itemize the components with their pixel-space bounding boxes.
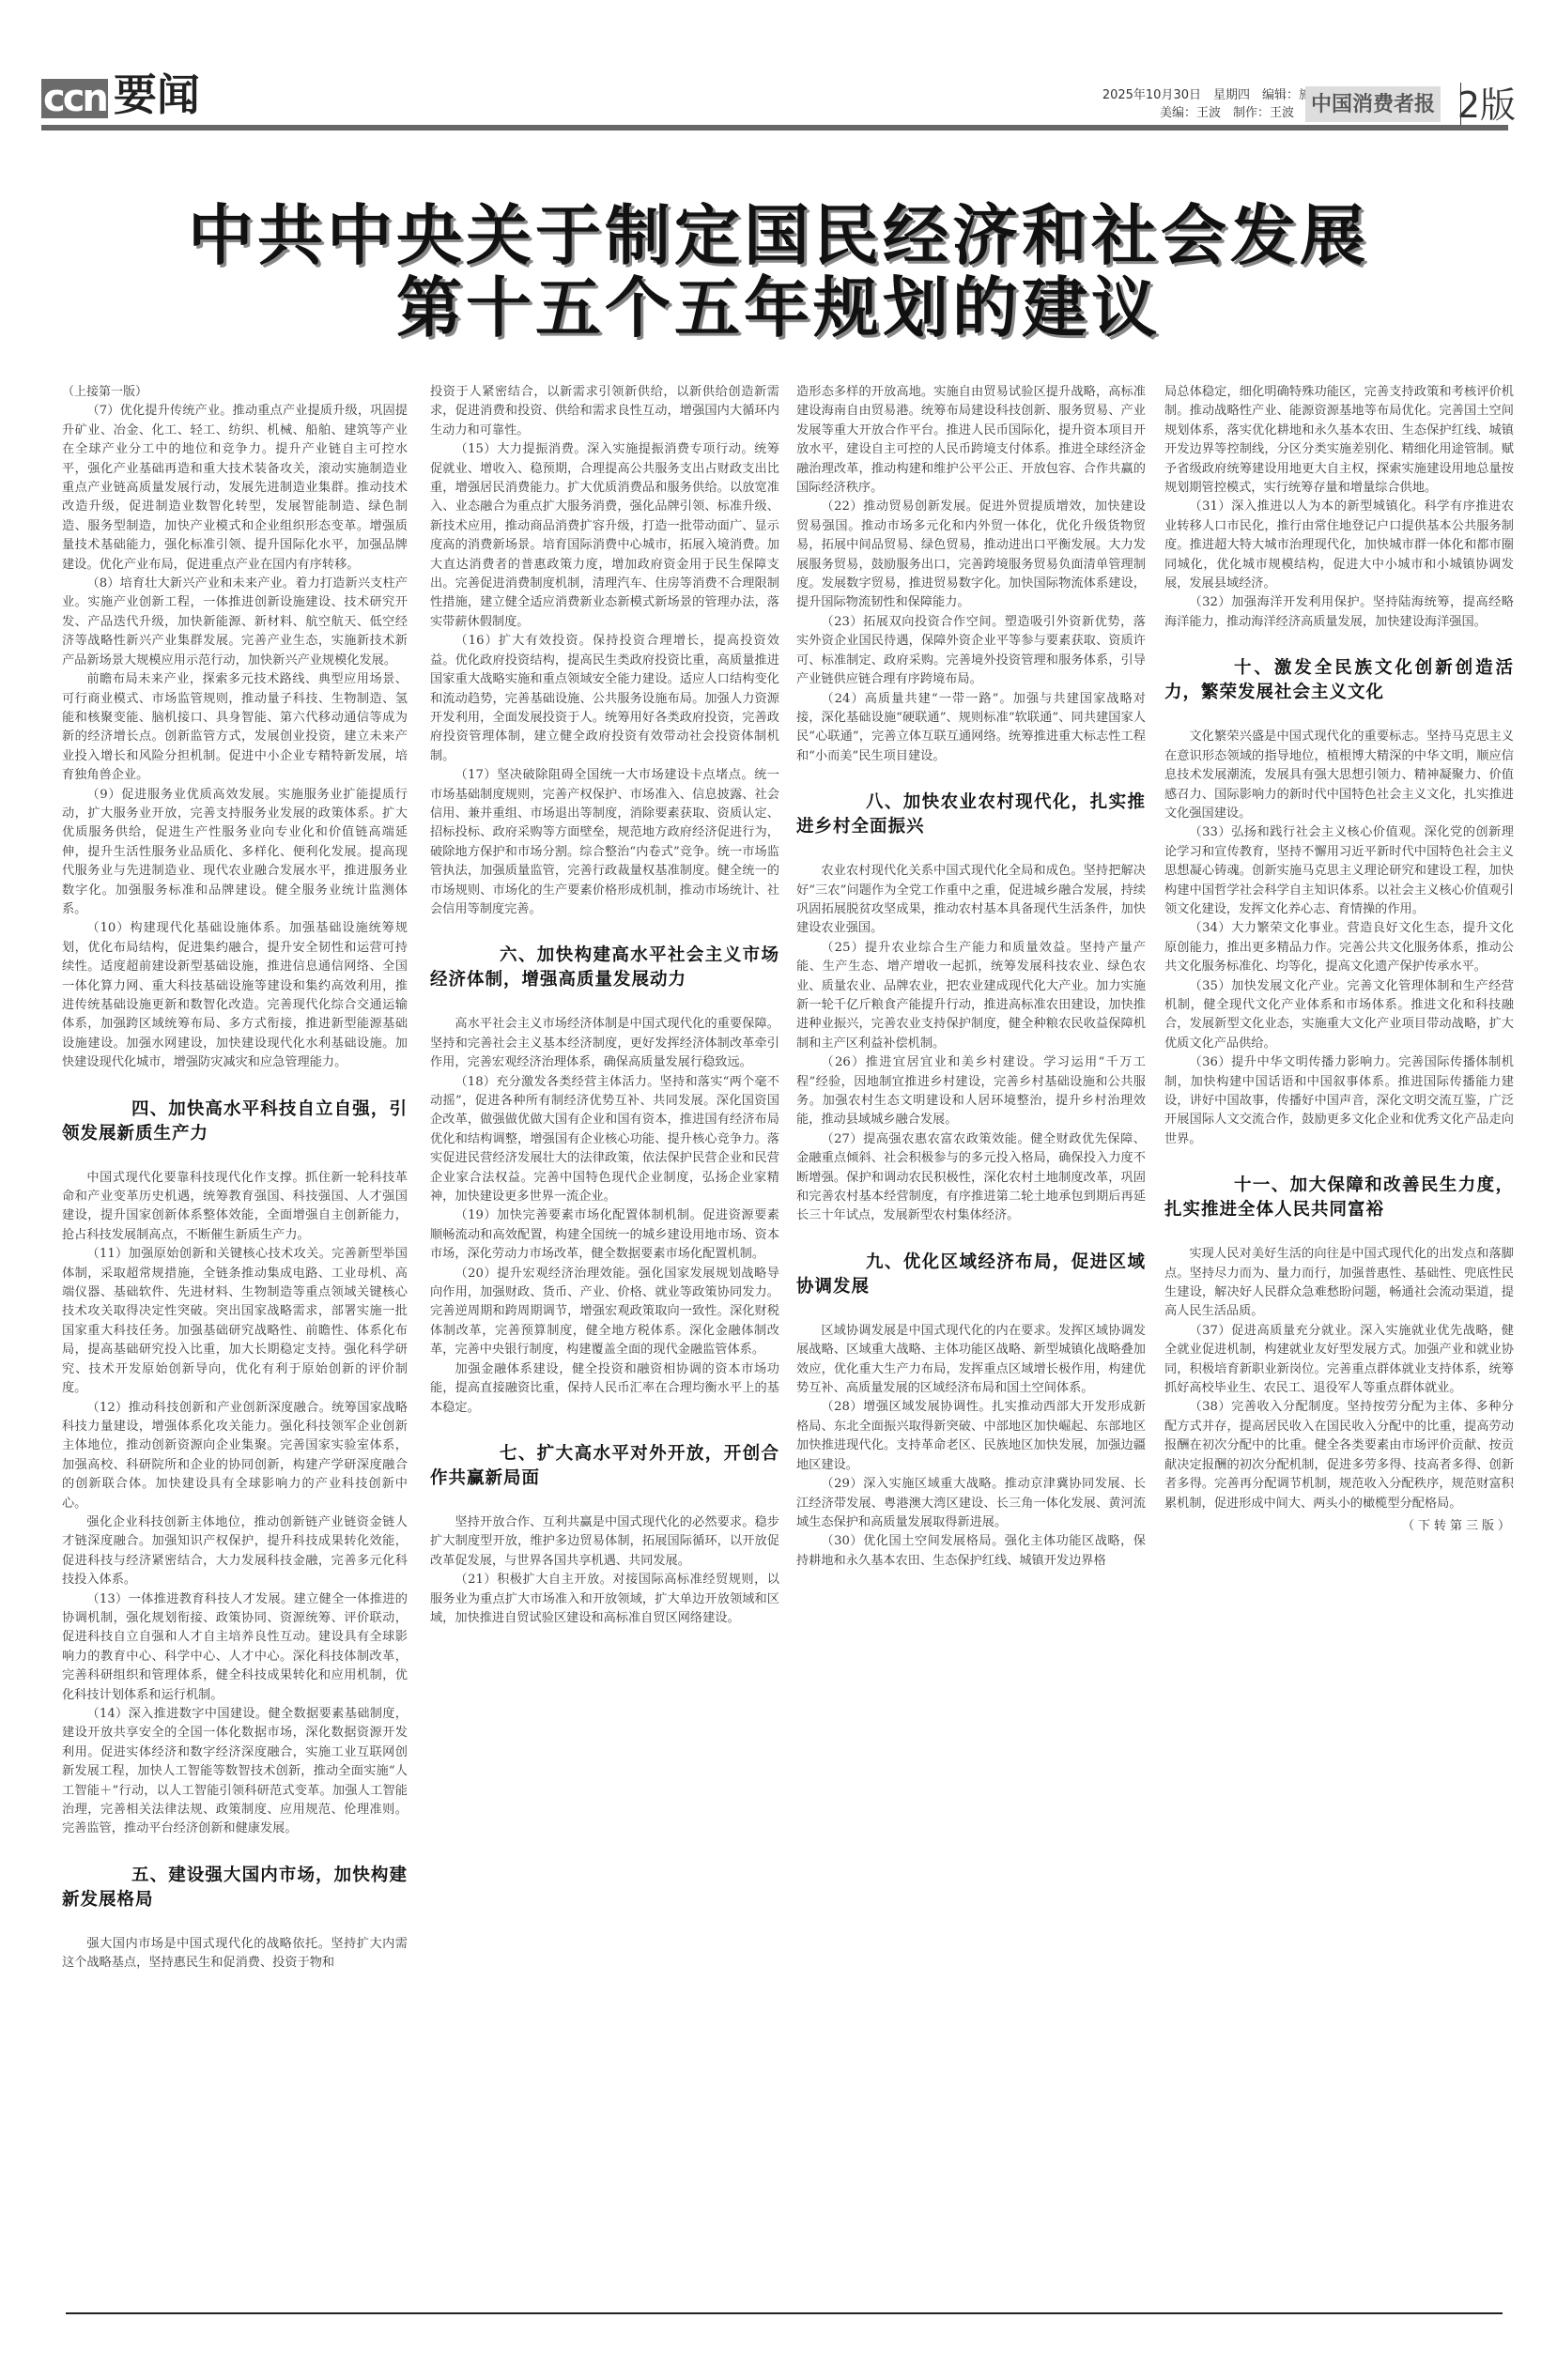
article-paragraph: （10）构建现代化基础设施体系。加强基础设施统筹规划，优化布局结构，促进集约融合… bbox=[62, 919, 408, 1072]
article-paragraph: （28）增强区域发展协调性。扎实推动西部大开发形成新格局、东北全面振兴取得新突破… bbox=[796, 1398, 1146, 1475]
continued-paragraph: 造形态多样的开放高地。实施自由贸易试验区提升战略，高标准建设海南自由贸易港。统筹… bbox=[796, 383, 1146, 498]
article-paragraph: （13）一体推进教育科技人才发展。建立健全一体推进的协调机制，强化规划衔接、政策… bbox=[62, 1590, 408, 1705]
newspaper-name: 中国消费者报 bbox=[1305, 86, 1441, 122]
article-paragraph: （11）加强原始创新和关键核心技术攻关。完善新型举国体制，采取超常规措施，全链条… bbox=[62, 1245, 408, 1398]
article-paragraph: （36）提升中华文明传播力影响力。完善国际传播体制机制，加快构建中国话语和中国叙… bbox=[1164, 1053, 1514, 1149]
article-paragraph: （18）充分激发各类经营主体活力。坚持和落实“两个毫不动摇”，促进各种所有制经济… bbox=[430, 1073, 779, 1207]
article-paragraph: 坚持开放合作、互利共赢是中国式现代化的必然要求。稳步扩大制度型开放，维护多边贸易… bbox=[430, 1513, 779, 1571]
continued-paragraph: 局总体稳定，细化明确特殊功能区，完善支持政策和考核评价机制。推动战略性产业、能源… bbox=[1164, 383, 1514, 498]
article-column-3: 造形态多样的开放高地。实施自由贸易试验区提升战略，高标准建设海南自由贸易港。统筹… bbox=[796, 383, 1146, 1571]
ccn-logo: ccn bbox=[41, 79, 108, 118]
bottom-rule-left bbox=[66, 2312, 1155, 2314]
headline-line-2: 第十五个五年规划的建议 bbox=[0, 255, 1557, 350]
article-paragraph: （8）培育壮大新兴产业和未来产业。着力打造新兴支柱产业。实施产业创新工程，一体推… bbox=[62, 575, 408, 670]
article-paragraph: （38）完善收入分配制度。坚持按劳分配为主体、多种分配方式并存，提高居民收入在国… bbox=[1164, 1398, 1514, 1512]
section-heading: 六、加快构建高水平社会主义市场经济体制，增强高质量发展动力 bbox=[430, 944, 779, 992]
section-heading: 八、加快农业农村现代化，扎实推进乡村全面振兴 bbox=[796, 791, 1146, 839]
article-paragraph: 强化企业科技创新主体地位，推动创新链产业链资金链人才链深度融合。加强知识产权保护… bbox=[62, 1513, 408, 1590]
article-paragraph: 中国式现代化要靠科技现代化作支撑。抓住新一轮科技革命和产业变革历史机遇，统筹教育… bbox=[62, 1169, 408, 1246]
section-heading: 十一、加大保障和改善民生力度，扎实推进全体人民共同富裕 bbox=[1164, 1174, 1514, 1222]
article-paragraph: （29）深入实施区域重大战略。推动京津冀协同发展、长江经济带发展、粤港澳大湾区建… bbox=[796, 1475, 1146, 1532]
continued-to-note: （下转第三版） bbox=[1164, 1517, 1514, 1536]
article-paragraph: （34）大力繁荣文化事业。营造良好文化生态，提升文化原创能力，推出更多精品力作。… bbox=[1164, 919, 1514, 976]
article-paragraph: （19）加快完善要素市场化配置体制机制。促进资源要素顺畅流动和高效配置，构建全国… bbox=[430, 1206, 779, 1264]
article-paragraph: 前瞻布局未来产业，探索多元技术路线、典型应用场景、可行商业模式、市场监管规则，推… bbox=[62, 670, 408, 785]
continued-from-note: （上接第一版） bbox=[62, 383, 408, 402]
masthead: ccn 要闻 2025年10月30日 星期四 编辑：施乾元 赵英男 美编：王波 … bbox=[41, 71, 1516, 131]
section-heading: 五、建设强大国内市场，加快构建新发展格局 bbox=[62, 1864, 408, 1912]
article-paragraph: （14）深入推进数字中国建设。健全数据要素基础制度，建设开放共享安全的全国一体化… bbox=[62, 1705, 408, 1839]
section-heading: 九、优化区域经济布局，促进区域协调发展 bbox=[796, 1251, 1146, 1299]
article-paragraph: （9）促进服务业优质高效发展。实施服务业扩能提质行动，扩大服务业开放，完善支持服… bbox=[62, 786, 408, 920]
bottom-rule-right bbox=[1155, 2312, 1503, 2314]
article-column-2: 投资于人紧密结合，以新需求引领新供给，以新供给创造新需求，促进消费和投资、供给和… bbox=[430, 383, 779, 1628]
article-paragraph: （20）提升宏观经济治理效能。强化国家发展规划战略导向作用，加强财政、货币、产业… bbox=[430, 1265, 779, 1360]
article-paragraph: （7）优化提升传统产业。推动重点产业提质升级，巩固提升矿业、冶金、化工、轻工、纺… bbox=[62, 402, 408, 575]
masthead-rule bbox=[41, 125, 1508, 131]
article-paragraph: 高水平社会主义市场经济体制是中国式现代化的重要保障。坚持和完善社会主义基本经济制… bbox=[430, 1015, 779, 1072]
article-paragraph: 实现人民对美好生活的向往是中国式现代化的出发点和落脚点。坚持尽力而为、量力而行，… bbox=[1164, 1245, 1514, 1322]
article-paragraph: 文化繁荣兴盛是中国式现代化的重要标志。坚持马克思主义在意识形态领域的指导地位，植… bbox=[1164, 728, 1514, 823]
article-paragraph: （37）促进高质量充分就业。深入实施就业优先战略，健全就业促进机制，构建就业友好… bbox=[1164, 1322, 1514, 1399]
article-column-1: （上接第一版） （7）优化提升传统产业。推动重点产业提质升级，巩固提升矿业、冶金… bbox=[62, 383, 408, 1973]
article-paragraph: （27）提高强农惠农富农政策效能。健全财政优先保障、金融重点倾斜、社会积极参与的… bbox=[796, 1130, 1146, 1226]
article-paragraph: （26）推进宜居宜业和美乡村建设。学习运用“千万工程”经验，因地制宜推进乡村建设… bbox=[796, 1053, 1146, 1130]
section-heading: 四、加快高水平科技自立自强，引领发展新质生产力 bbox=[62, 1098, 408, 1146]
article-paragraph: （15）大力提振消费。深入实施提振消费专项行动。统筹促就业、增收入、稳预期，合理… bbox=[430, 440, 779, 632]
article-paragraph: （12）推动科技创新和产业创新深度融合。统筹国家战略科技力量建设，增强体系化攻关… bbox=[62, 1399, 408, 1513]
section-heading: 七、扩大高水平对外开放，开创合作共赢新局面 bbox=[430, 1442, 779, 1491]
article-paragraph: 区域协调发展是中国式现代化的内在要求。发挥区域协调发展战略、区域重大战略、主体功… bbox=[796, 1322, 1146, 1399]
article-paragraph: （30）优化国土空间发展格局。强化主体功能区战略，保持耕地和永久基本农田、生态保… bbox=[796, 1532, 1146, 1571]
article-paragraph: 加强金融体系建设，健全投资和融资相协调的资本市场功能，提高直接融资比重，保持人民… bbox=[430, 1360, 779, 1418]
article-paragraph: （24）高质量共建“一带一路”。加强与共建国家战略对接，深化基础设施“硬联通”、… bbox=[796, 690, 1146, 767]
article-paragraph: （23）拓展双向投资合作空间。塑造吸引外资新优势，落实外资企业国民待遇，保障外资… bbox=[796, 613, 1146, 690]
article-column-4: 局总体稳定，细化明确特殊功能区，完善支持政策和考核评价机制。推动战略性产业、能源… bbox=[1164, 383, 1514, 1536]
page-number: 2版 bbox=[1457, 83, 1516, 128]
article-paragraph: （35）加快发展文化产业。完善文化管理体制和生产经营机制，健全现代文化产业体系和… bbox=[1164, 977, 1514, 1054]
section-name: 要闻 bbox=[114, 71, 200, 118]
staff-line: 美编：王波 制作：王波 bbox=[1102, 104, 1294, 122]
article-paragraph: （25）提升农业综合生产能力和质量效益。坚持产量产能、生产生态、增产增收一起抓，… bbox=[796, 939, 1146, 1053]
article-paragraph: （31）深入推进以人为本的新型城镇化。科学有序推进农业转移人口市民化，推行由常住… bbox=[1164, 498, 1514, 593]
article-paragraph: 农业农村现代化关系中国式现代化全局和成色。坚持把解决好“三农”问题作为全党工作重… bbox=[796, 862, 1146, 939]
article-paragraph: （22）推动贸易创新发展。促进外贸提质增效，加快建设贸易强国。推动市场多元化和内… bbox=[796, 498, 1146, 612]
continued-paragraph: 投资于人紧密结合，以新需求引领新供给，以新供给创造新需求，促进消费和投资、供给和… bbox=[430, 383, 779, 440]
article-paragraph: （21）积极扩大自主开放。对接国际高标准经贸规则，以服务业为重点扩大市场准入和开… bbox=[430, 1571, 779, 1628]
article-paragraph: （32）加强海洋开发利用保护。坚持陆海统筹，提高经略海洋能力，推动海洋经济高质量… bbox=[1164, 593, 1514, 632]
article-paragraph: 强大国内市场是中国式现代化的战略依托。坚持扩大内需这个战略基点，坚持惠民生和促消… bbox=[62, 1935, 408, 1973]
article-paragraph: （17）坚决破除阻碍全国统一大市场建设卡点堵点。统一市场基础制度规则，完善产权保… bbox=[430, 766, 779, 919]
article-paragraph: （33）弘扬和践行社会主义核心价值观。深化党的创新理论学习和宣传教育，坚持不懈用… bbox=[1164, 823, 1514, 919]
article-paragraph: （16）扩大有效投资。保持投资合理增长，提高投资效益。优化政府投资结构，提高民生… bbox=[430, 632, 779, 766]
section-heading: 十、激发全民族文化创新创造活力，繁荣发展社会主义文化 bbox=[1164, 656, 1514, 705]
section-logo: ccn 要闻 bbox=[41, 71, 200, 118]
